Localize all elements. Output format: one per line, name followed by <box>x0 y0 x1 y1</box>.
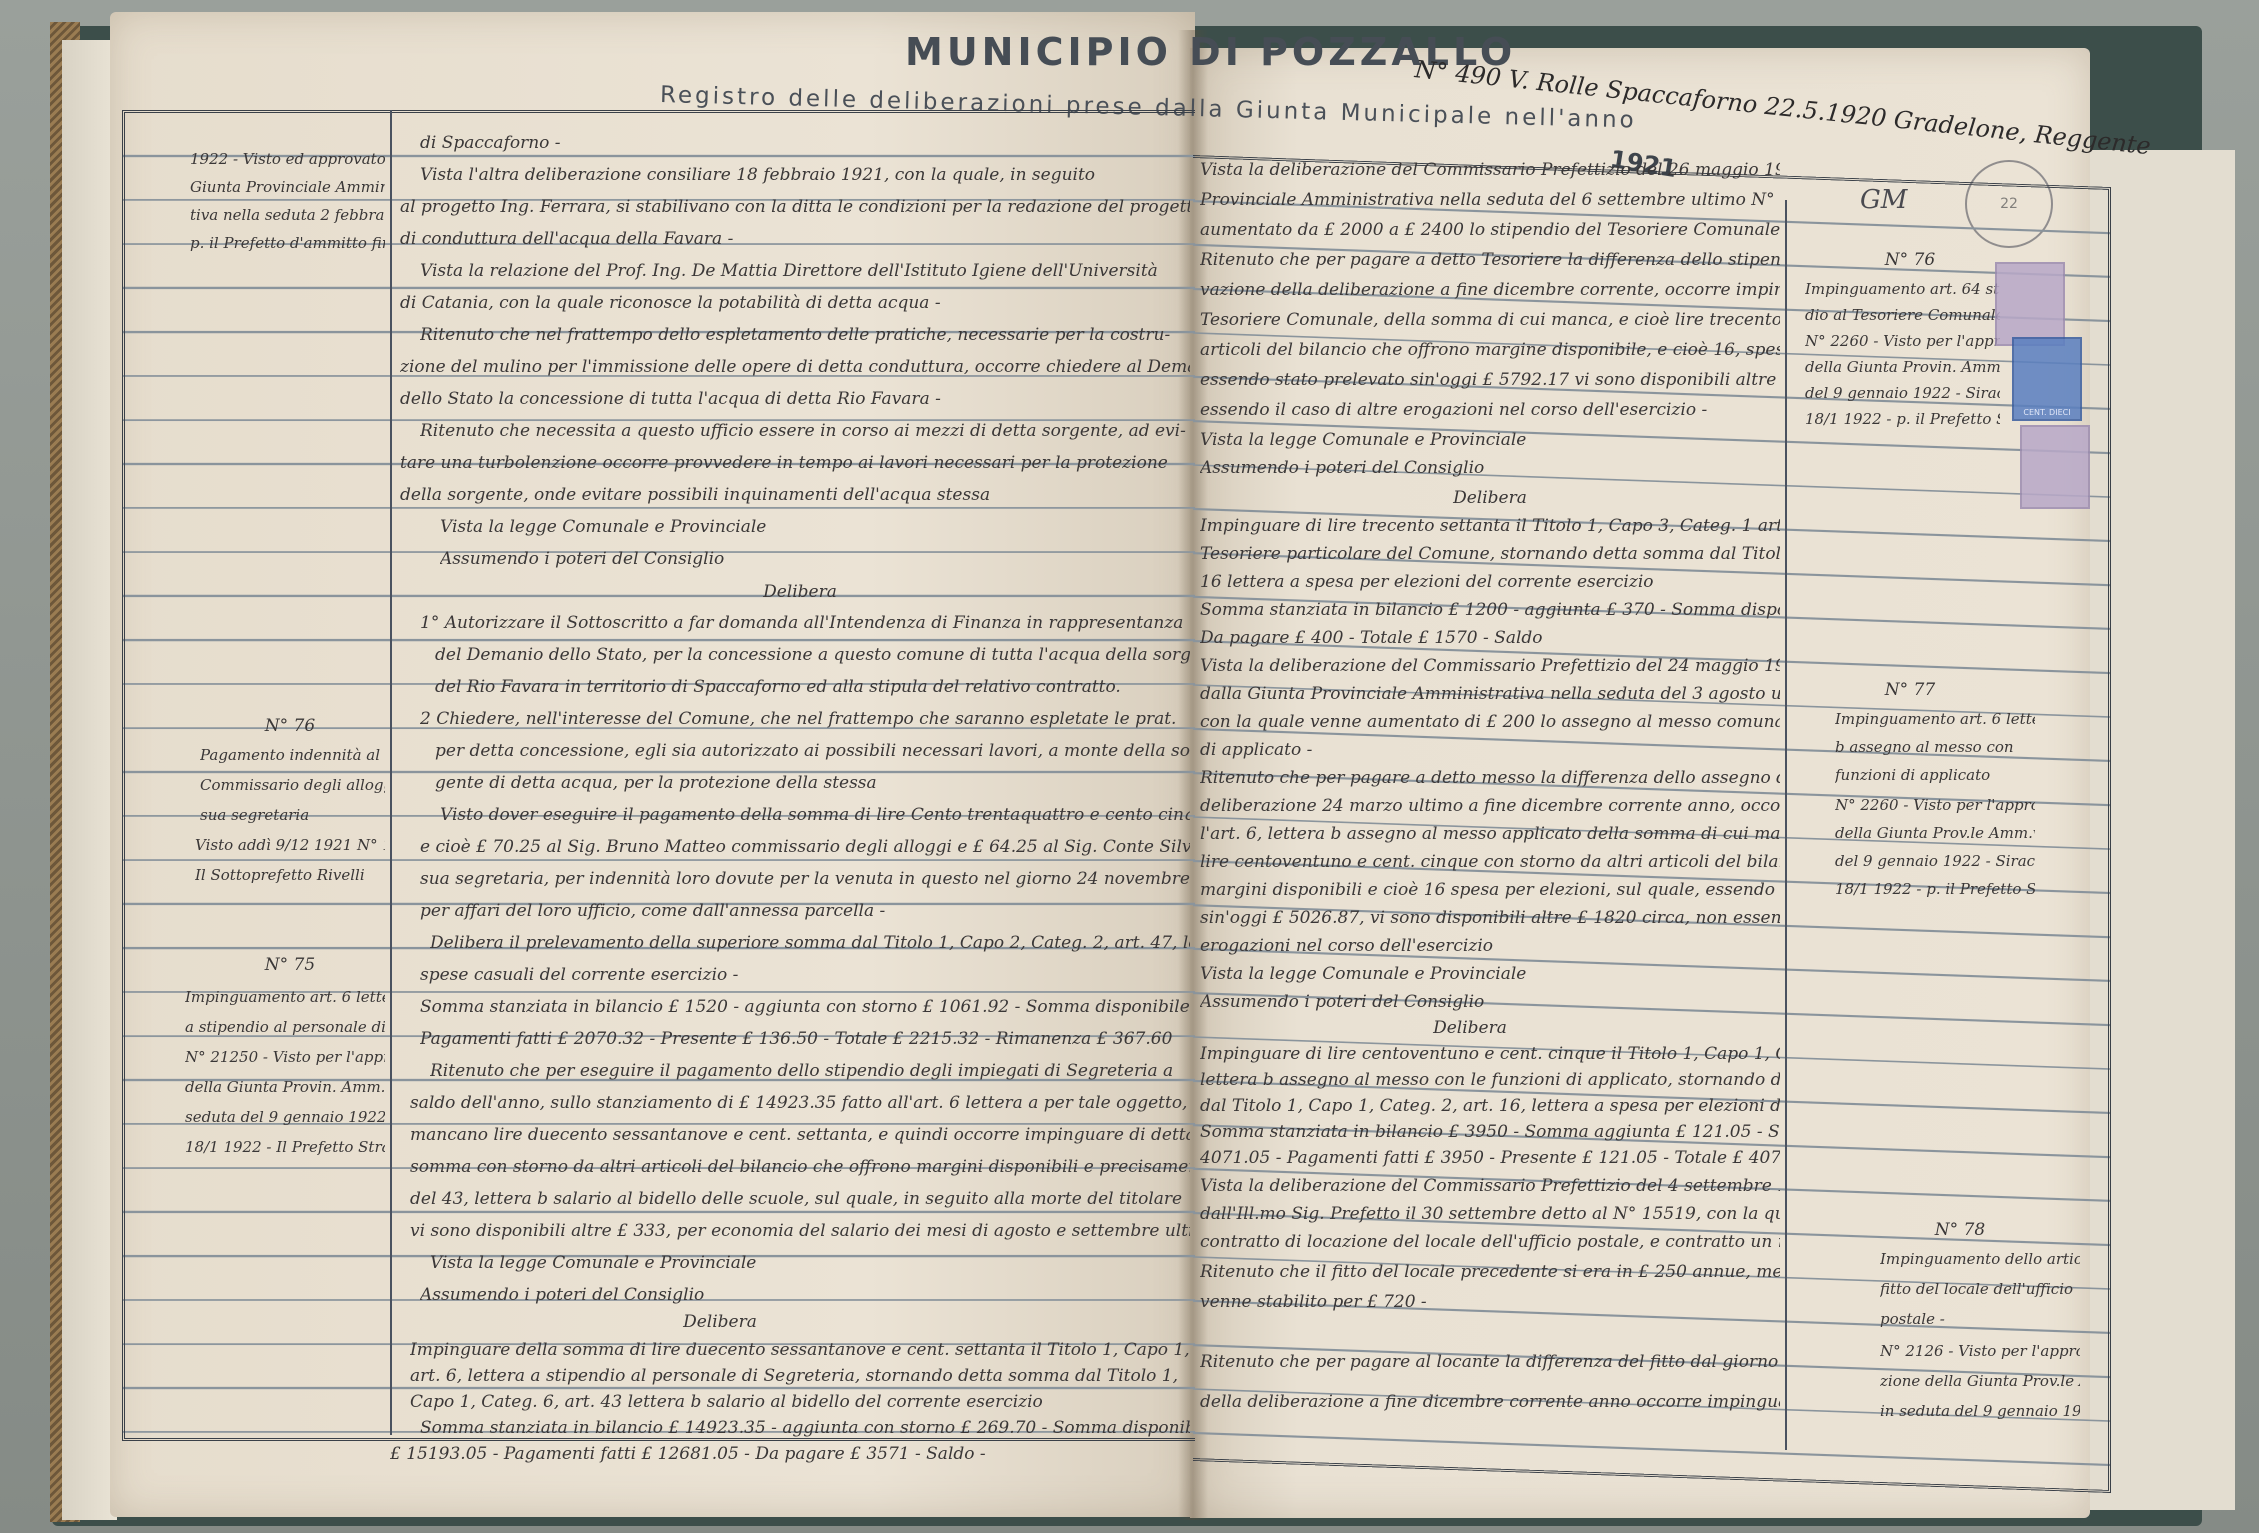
body-line: 1° Autorizzare il Sottoscritto a far dom… <box>420 613 1190 633</box>
entry-number: N° 77 <box>1830 680 1990 700</box>
margin-line: fitto del locale dell'ufficio <box>1880 1280 2080 1298</box>
body-line: Tesoriere particolare del Comune, storna… <box>1200 544 1780 564</box>
body-line: zione del mulino per l'immissione delle … <box>400 357 1190 377</box>
body-line: della sorgente, onde evitare possibili i… <box>400 485 1190 505</box>
body-line: margini disponibili e cioè 16 spesa per … <box>1200 880 1780 900</box>
body-line: somma con storno da altri articoli del b… <box>410 1157 1190 1177</box>
body-line: Ritenuto che per pagare a detto messo la… <box>1200 768 1780 788</box>
body-line: al progetto Ing. Ferrara, si stabilivano… <box>400 197 1190 217</box>
body-line: di Catania, con la quale riconosce la po… <box>400 293 1190 313</box>
margin-line: sua segretaria <box>200 806 385 824</box>
body-line: Somma stanziata in bilancio £ 3950 - Som… <box>1200 1122 1780 1142</box>
body-line: 16 lettera a spesa per elezioni del corr… <box>1200 572 1780 592</box>
body-line: dalla Giunta Provinciale Amministrativa … <box>1200 684 1780 704</box>
body-line: 2 Chiedere, nell'interesse del Comune, c… <box>420 709 1190 729</box>
body-line: Tesoriere Comunale, della somma di cui m… <box>1200 310 1780 330</box>
body-line: dal Titolo 1, Capo 1, Categ. 2, art. 16,… <box>1200 1096 1780 1116</box>
margin-line: a stipendio al personale di Segreteria <box>185 1018 385 1036</box>
revenue-stamp-violet <box>2020 425 2090 509</box>
body-line: di conduttura dell'acqua della Favara - <box>400 229 1190 249</box>
body-line: con la quale venne aumentato di £ 200 lo… <box>1200 712 1780 732</box>
body-line: Ritenuto che per pagare al locante la di… <box>1200 1352 1780 1372</box>
body-line: Visto dover eseguire il pagamento della … <box>440 805 1190 825</box>
body-line: Assumendo i poteri del Consiglio <box>420 1285 1190 1305</box>
body-line: erogazioni nel corso dell'esercizio <box>1200 936 1780 956</box>
margin-line: dio al Tesoriere Comunale <box>1805 306 2000 324</box>
margin-line: Impinguamento dello articolo <box>1880 1250 2080 1268</box>
body-line: della deliberazione a fine dicembre corr… <box>1200 1392 1780 1412</box>
margin-line: N° 2260 - Visto per l'approvazione <box>1805 332 2000 350</box>
body-line: Vista la deliberazione del Commissario P… <box>1200 160 1780 180</box>
delibera-heading: Delibera <box>700 582 900 602</box>
revenue-stamp-violet <box>1995 262 2065 346</box>
body-line: del Demanio dello Stato, per la concessi… <box>435 645 1190 665</box>
margin-line: zione della Giunta Prov.le Amm.va <box>1880 1372 2080 1390</box>
body-line: l'art. 6, lettera b assegno al messo app… <box>1200 824 1780 844</box>
body-line: Ritenuto che il fitto del locale precede… <box>1200 1262 1780 1282</box>
body-line: Vista la legge Comunale e Provinciale <box>440 517 1190 537</box>
body-line: aumentato da £ 2000 a £ 2400 lo stipendi… <box>1200 220 1780 240</box>
body-line: saldo dell'anno, sullo stanziamento di £… <box>410 1093 1190 1113</box>
margin-line: seduta del 9 gennaio 1922 - Siracusa <box>185 1108 385 1126</box>
body-line: Somma stanziata in bilancio £ 14923.35 -… <box>420 1418 1190 1438</box>
body-line: essendo stato prelevato sin'oggi £ 5792.… <box>1200 370 1780 390</box>
margin-line: del 9 gennaio 1922 - Siracusa <box>1835 852 2035 870</box>
body-line: di Spaccaforno - <box>420 133 1190 153</box>
margin-line: funzioni di applicato <box>1835 766 2035 784</box>
body-line: Somma stanziata in bilancio £ 1520 - agg… <box>420 997 1190 1017</box>
body-line: Impinguare della somma di lire duecento … <box>410 1340 1190 1360</box>
body-line: vi sono disponibili altre £ 333, per eco… <box>410 1221 1190 1241</box>
body-line: Ritenuto che nel frattempo dello espleta… <box>420 325 1190 345</box>
body-line: Vista la deliberazione del Commissario P… <box>1200 1176 1780 1196</box>
body-line: Somma stanziata in bilancio £ 1200 - agg… <box>1200 600 1780 620</box>
body-line: dall'Ill.mo Sig. Prefetto il 30 settembr… <box>1200 1204 1780 1224</box>
margin-line: del 9 gennaio 1922 - Siracusa <box>1805 384 2000 402</box>
body-line: Pagamenti fatti £ 2070.32 - Presente £ 1… <box>420 1029 1190 1049</box>
body-line: venne stabilito per £ 720 - <box>1200 1292 1780 1312</box>
margin-line: Impinguamento art. 64 stipen- <box>1805 280 2000 298</box>
body-line: articoli del bilancio che offrono margin… <box>1200 340 1780 360</box>
delibera-heading: Delibera <box>1380 1018 1560 1038</box>
revenue-stamp-blue: CENT. DIECI <box>2012 337 2082 421</box>
body-line: Ritenuto che per pagare a detto Tesorier… <box>1200 250 1780 270</box>
margin-line: Pagamento indennità al <box>200 746 385 764</box>
body-line: e cioè £ 70.25 al Sig. Bruno Matteo comm… <box>420 837 1190 857</box>
body-line: 4071.05 - Pagamenti fatti £ 3950 - Prese… <box>1200 1148 1780 1168</box>
body-line: spese casuali del corrente esercizio - <box>420 965 1190 985</box>
body-line: gente di detta acqua, per la protezione … <box>435 773 1190 793</box>
margin-line: Commissario degli alloggi e <box>200 776 385 794</box>
body-line: Vista l'altra deliberazione consiliare 1… <box>420 165 1190 185</box>
body-line: tare una turbolenzione occorre provveder… <box>400 453 1190 473</box>
body-line: sin'oggi £ 5026.87, vi sono disponibili … <box>1200 908 1780 928</box>
margin-line: N° 2126 - Visto per l'approva- <box>1880 1342 2080 1360</box>
body-line: Capo 1, Categ. 6, art. 43 lettera b sala… <box>410 1392 1190 1412</box>
body-line: art. 6, lettera a stipendio al personale… <box>410 1366 1190 1386</box>
body-line: Provinciale Amministrativa nella seduta … <box>1200 190 1780 210</box>
margin-line: p. il Prefetto d'ammitto firma <box>190 234 385 252</box>
body-line: Ritenuto che per eseguire il pagamento d… <box>430 1061 1190 1081</box>
body-line: Assumendo i poteri del Consiglio <box>440 549 1190 569</box>
body-line: Impinguare di lire centoventuno e cent. … <box>1200 1044 1780 1064</box>
margin-line: 18/1 1922 - p. il Prefetto Strano <box>1835 880 2035 898</box>
left-page-stack <box>62 40 117 1520</box>
margin-line: 18/1 1922 - p. il Prefetto Strano <box>1805 410 2000 428</box>
margin-line: Il Sottoprefetto Rivelli <box>195 866 385 884</box>
margin-line: della Giunta Prov.le Amm.va in seduta <box>1835 824 2035 842</box>
body-line: contratto di locazione del locale dell'u… <box>1200 1232 1780 1252</box>
entry-number: N° 75 <box>200 955 380 975</box>
body-line: mancano lire duecento sessantanove e cen… <box>410 1125 1190 1145</box>
body-line: Impinguare di lire trecento settanta il … <box>1200 516 1780 536</box>
body-line: sua segretaria, per indennità loro dovut… <box>420 869 1190 889</box>
left-column-divider <box>390 110 392 1435</box>
body-line: deliberazione 24 marzo ultimo a fine dic… <box>1200 796 1780 816</box>
margin-line: b assegno al messo con <box>1835 738 2035 756</box>
margin-line: Visto addì 9/12 1921 N° 10774 <box>195 836 385 854</box>
body-line: Vista la legge Comunale e Provinciale <box>1200 430 1780 450</box>
body-line: Delibera il prelevamento della superiore… <box>430 933 1190 953</box>
margin-line: N° 21250 - Visto per l'approvazione <box>185 1048 385 1066</box>
margin-line: postale - <box>1880 1310 2080 1328</box>
margin-line: Impinguamento art. 6 lettera <box>185 988 385 1006</box>
body-line: di applicato - <box>1200 740 1780 760</box>
delibera-heading: Delibera <box>620 1312 820 1332</box>
body-line: vazione della deliberazione a fine dicem… <box>1200 280 1780 300</box>
margin-line: tiva nella seduta 2 febbraio 1922 <box>190 206 385 224</box>
margin-line: in seduta del 9 gennaio 1922 <box>1880 1402 2080 1420</box>
margin-line: della Giunta Provin. Amm.va in <box>185 1078 385 1096</box>
margin-line: N° 2260 - Visto per l'approvazione <box>1835 796 2035 814</box>
body-line: Vista la deliberazione del Commissario P… <box>1200 656 1780 676</box>
body-line: essendo il caso di altre erogazioni nel … <box>1200 400 1780 420</box>
body-line: del 43, lettera b salario al bidello del… <box>410 1189 1190 1209</box>
body-line: Vista la legge Comunale e Provinciale <box>430 1253 1190 1273</box>
stamp-label: CENT. DIECI <box>2014 408 2080 417</box>
delibera-heading: Delibera <box>1400 488 1580 508</box>
body-line: Vista la relazione del Prof. Ing. De Mat… <box>420 261 1190 281</box>
entry-number: N° 76 <box>200 716 380 736</box>
body-line: £ 15193.05 - Pagamenti fatti £ 12681.05 … <box>390 1444 1190 1464</box>
body-line: Assumendo i poteri del Consiglio <box>1200 992 1780 1012</box>
margin-line: 18/1 1922 - Il Prefetto Strano <box>185 1138 385 1156</box>
entry-number: N° 76 <box>1830 250 1990 270</box>
body-line: per detta concessione, egli sia autorizz… <box>435 741 1190 761</box>
body-line: lire centoventuno e cent. cinque con sto… <box>1200 852 1780 872</box>
margin-line: Giunta Provinciale Amministra- <box>190 178 385 196</box>
margin-line: Impinguamento art. 6 lettera <box>1835 710 2035 728</box>
entry-number: N° 78 <box>1900 1220 2020 1240</box>
body-line: dello Stato la concessione di tutta l'ac… <box>400 389 1190 409</box>
body-line: Da pagare £ 400 - Totale £ 1570 - Saldo <box>1200 628 1780 648</box>
body-line: per affari del loro ufficio, come dall'a… <box>420 901 1190 921</box>
body-line: lettera b assegno al messo con le funzio… <box>1200 1070 1780 1090</box>
margin-line: 1922 - Visto ed approvato dalla <box>190 150 385 168</box>
body-line: Vista la legge Comunale e Provinciale <box>1200 964 1780 984</box>
right-column-divider <box>1785 200 1787 1450</box>
body-line: del Rio Favara in territorio di Spaccafo… <box>435 677 1190 697</box>
body-line: Assumendo i poteri del Consiglio <box>1200 458 1780 478</box>
body-line: Ritenuto che necessita a questo ufficio … <box>420 421 1190 441</box>
margin-line: della Giunta Provin. Amm.va in seduta <box>1805 358 2000 376</box>
